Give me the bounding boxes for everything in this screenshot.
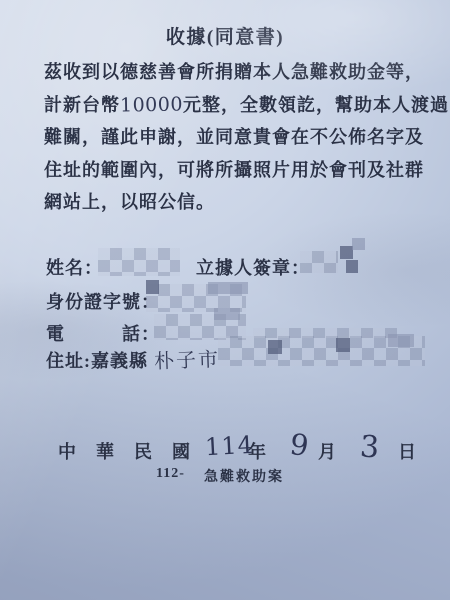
month-unit: 月 [318, 438, 337, 464]
amount-suffix: 元整，全數領訖，幫助本人渡過 [183, 95, 449, 115]
case-name: 急難救助案 [204, 466, 284, 486]
redaction-cell [346, 260, 358, 273]
body-line-5: 網站上，以昭公信。 [44, 186, 430, 219]
body-line-2: 計新台幣10000元整，全數領訖，幫助本人渡過 [44, 89, 430, 122]
redaction-cell [388, 334, 414, 347]
body-paragraph: 茲收到以德慈善會所捐贈本人急難救助金等， 計新台幣10000元整，全數領訖，幫助… [44, 56, 430, 219]
handwritten-amount: 10000 [120, 88, 184, 122]
redacted-address-value-top [253, 328, 397, 338]
handwritten-city: 朴子市 [153, 343, 220, 374]
body-line-3: 難關，謹此申謝，並同意貴會在不公佈名字及 [44, 121, 430, 154]
handwritten-month: 9 [288, 427, 312, 463]
body-line-4: 住址的範圍內，可將所攝照片用於會刊及社群 [44, 154, 430, 187]
date-era: 中 華 民 國 [58, 438, 191, 464]
redacted-signature-value [300, 251, 338, 273]
redaction-cell [336, 338, 350, 352]
document-title: 收據(同意書) [0, 22, 450, 49]
redaction-cell [352, 238, 365, 250]
name-label: 姓名： [46, 254, 103, 280]
day-unit: 日 [398, 438, 417, 464]
case-number: 112- [156, 466, 185, 482]
photographed-document: 收據(同意書) 茲收到以德慈善會所捐贈本人急難救助金等， 計新台幣10000元整… [0, 0, 450, 600]
redaction-cell [214, 308, 240, 320]
phone-label: 電 話： [46, 320, 160, 346]
redaction-cell [208, 282, 248, 294]
handwritten-day: 3 [359, 429, 381, 465]
address-label: 住址:嘉義縣 朴子市 [46, 344, 220, 373]
redaction-cell [146, 280, 159, 294]
address-county: 嘉義縣 [91, 351, 148, 371]
address-label-text: 住址: [46, 351, 91, 371]
year-unit: 年 [248, 438, 267, 464]
body-line-1: 茲收到以德慈善會所捐贈本人急難救助金等， [44, 56, 430, 89]
signature-label: 立據人簽章： [196, 254, 310, 280]
redaction-cell [268, 340, 282, 354]
redacted-name-value [98, 248, 180, 276]
id-number-label: 身份證字號： [46, 288, 160, 314]
handwritten-year: 114 [204, 431, 254, 462]
amount-prefix: 計新台幣 [44, 95, 120, 115]
